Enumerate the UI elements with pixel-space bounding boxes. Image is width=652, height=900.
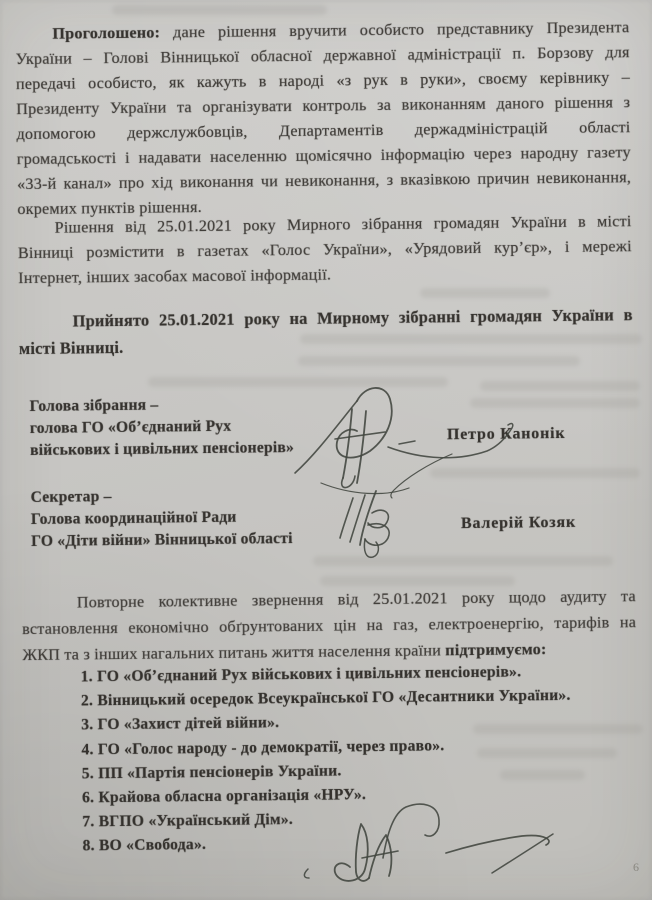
handwriting-layer: 6	[0, 0, 652, 900]
bottom-handwritten-signature	[300, 797, 575, 892]
scanned-document-page: Проголошено: дане рішення вручити особис…	[0, 0, 652, 900]
secretary-handwritten-signature	[330, 450, 455, 565]
page-number: 6	[633, 860, 639, 875]
